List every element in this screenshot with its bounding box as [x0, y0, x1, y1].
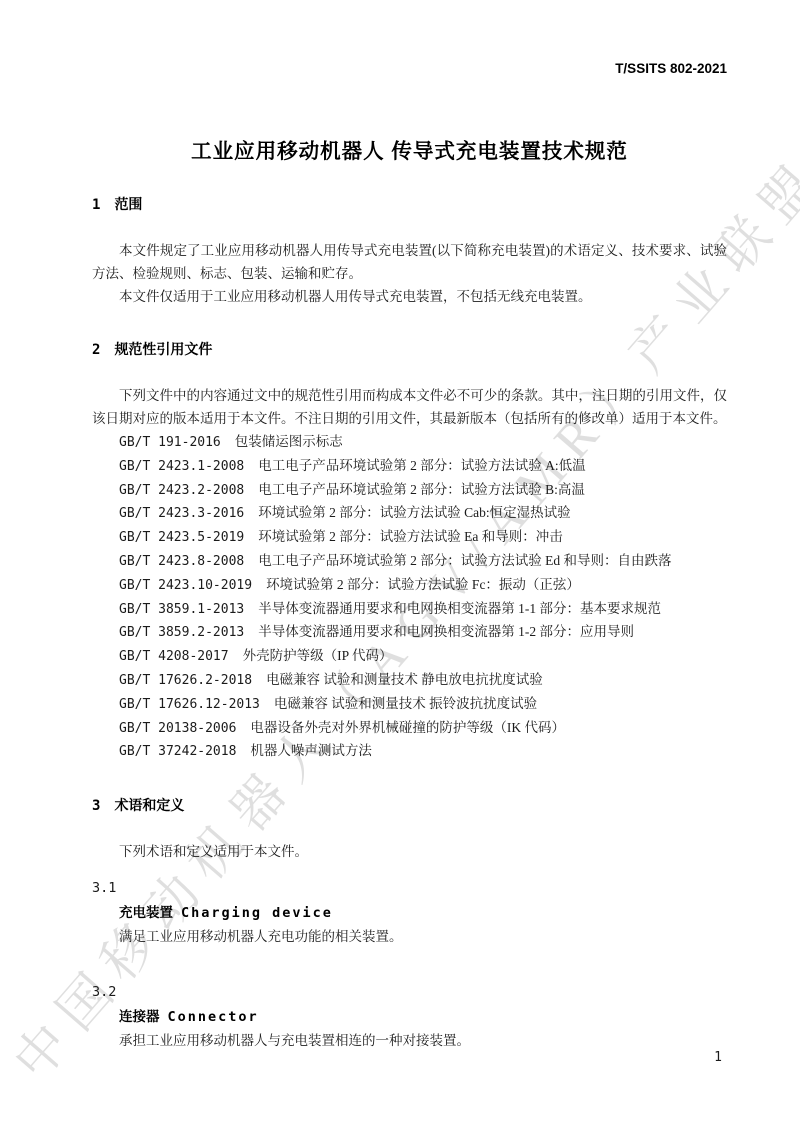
reference-item: GB/T 20138-2006电器设备外壳对外界机械碰撞的防护等级（IK 代码）: [92, 717, 727, 741]
reference-code: GB/T 191-2016: [119, 435, 221, 450]
reference-title: 电磁兼容 试验和测量技术 振铃波抗扰度试验: [274, 696, 537, 711]
reference-title: 机器人噪声测试方法: [250, 743, 372, 758]
reference-title: 半导体变流器通用要求和电网换相变流器第 1-1 部分：基本要求规范: [258, 601, 661, 616]
reference-code: GB/T 17626.2-2018: [119, 673, 252, 688]
reference-title: 环境试验第 2 部分：试验方法试验 Fc：振动（正弦）: [266, 577, 580, 592]
reference-title: 环境试验第 2 部分：试验方法试验 Cab:恒定湿热试验: [258, 505, 570, 520]
reference-item: GB/T 2423.10-2019环境试验第 2 部分：试验方法试验 Fc：振动…: [92, 574, 727, 598]
terms-list: 3.1 充电装置Charging device 满足工业应用移动机器人充电功能的…: [92, 877, 727, 1052]
section-title: 术语和定义: [114, 797, 184, 813]
term-number: 3.2: [92, 981, 727, 1004]
reference-code: GB/T 2423.5-2019: [119, 530, 244, 545]
reference-item: GB/T 3859.2-2013半导体变流器通用要求和电网换相变流器第 1-2 …: [92, 621, 727, 645]
reference-code: GB/T 2423.8-2008: [119, 554, 244, 569]
references-intro: 下列文件中的内容通过文中的规范性引用而构成本文件必不可少的条款。其中，注日期的引…: [92, 384, 727, 430]
reference-title: 电器设备外壳对外界机械碰撞的防护等级（IK 代码）: [250, 720, 565, 735]
reference-title: 电工电子产品环境试验第 2 部分：试验方法试验 A:低温: [258, 458, 585, 473]
reference-code: GB/T 3859.1-2013: [119, 602, 244, 617]
reference-item: GB/T 2423.2-2008电工电子产品环境试验第 2 部分：试验方法试验 …: [92, 479, 727, 503]
term-definition: 承担工业应用移动机器人与充电装置相连的一种对接装置。: [119, 1029, 727, 1052]
term-number: 3.1: [92, 877, 727, 900]
term-name: 连接器Connector: [119, 1005, 727, 1029]
scope-paragraph-2: 本文件仅适用于工业应用移动机器人用传导式充电装置，不包括无线充电装置。: [92, 285, 727, 308]
reference-title: 环境试验第 2 部分：试验方法试验 Ea 和导则：冲击: [258, 529, 563, 544]
scope-paragraph-1: 本文件规定了工业应用移动机器人用传导式充电装置(以下简称充电装置)的术语定义、技…: [92, 239, 727, 285]
section-number: 1: [92, 197, 100, 213]
section-heading-scope: 1范围: [92, 193, 727, 217]
term-name-zh: 连接器: [119, 1009, 160, 1024]
section-number: 2: [92, 342, 100, 358]
reference-code: GB/T 2423.2-2008: [119, 483, 244, 498]
term-name-en: Connector: [168, 1009, 259, 1025]
reference-code: GB/T 17626.12-2013: [119, 697, 260, 712]
terms-intro: 下列术语和定义适用于本文件。: [92, 840, 727, 863]
reference-item: GB/T 2423.8-2008电工电子产品环境试验第 2 部分：试验方法试验 …: [92, 550, 727, 574]
reference-code: GB/T 37242-2018: [119, 744, 236, 759]
reference-code: GB/T 3859.2-2013: [119, 625, 244, 640]
section-title: 规范性引用文件: [114, 341, 212, 357]
reference-code: GB/T 4208-2017: [119, 649, 229, 664]
term-name-en: Charging device: [181, 905, 333, 921]
section-number: 3: [92, 798, 100, 814]
reference-code: GB/T 2423.10-2019: [119, 578, 252, 593]
reference-item: GB/T 3859.1-2013半导体变流器通用要求和电网换相变流器第 1-1 …: [92, 598, 727, 622]
references-list: GB/T 191-2016包装储运图示标志 GB/T 2423.1-2008电工…: [92, 431, 727, 764]
doc-number: T/SSITS 802-2021: [92, 0, 727, 80]
term-block: 3.2 连接器Connector 承担工业应用移动机器人与充电装置相连的一种对接…: [92, 981, 727, 1052]
reference-item: GB/T 4208-2017外壳防护等级（IP 代码）: [92, 645, 727, 669]
reference-title: 电工电子产品环境试验第 2 部分：试验方法试验 B:高温: [258, 482, 585, 497]
section-heading-terms: 3术语和定义: [92, 794, 727, 818]
document-page: { "page": { "doc_number": "T/SSITS 802-2…: [0, 0, 800, 1132]
reference-code: GB/T 2423.3-2016: [119, 506, 244, 521]
page-number: 1: [714, 1050, 722, 1065]
term-name: 充电装置Charging device: [119, 901, 727, 925]
page-content: T/SSITS 802-2021 工业应用移动机器人 传导式充电装置技术规范 1…: [0, 0, 800, 1052]
reference-code: GB/T 2423.1-2008: [119, 459, 244, 474]
term-block: 3.1 充电装置Charging device 满足工业应用移动机器人充电功能的…: [92, 877, 727, 948]
reference-item: GB/T 2423.5-2019环境试验第 2 部分：试验方法试验 Ea 和导则…: [92, 526, 727, 550]
term-name-zh: 充电装置: [119, 905, 173, 920]
reference-title: 电磁兼容 试验和测量技术 静电放电抗扰度试验: [266, 672, 543, 687]
reference-title: 电工电子产品环境试验第 2 部分：试验方法试验 Ed 和导则：自由跌落: [258, 553, 671, 568]
reference-item: GB/T 17626.2-2018电磁兼容 试验和测量技术 静电放电抗扰度试验: [92, 669, 727, 693]
page-title: 工业应用移动机器人 传导式充电装置技术规范: [92, 140, 727, 163]
section-title: 范围: [114, 196, 142, 212]
reference-title: 包装储运图示标志: [235, 434, 343, 449]
reference-item: GB/T 191-2016包装储运图示标志: [92, 431, 727, 455]
reference-item: GB/T 2423.1-2008电工电子产品环境试验第 2 部分：试验方法试验 …: [92, 455, 727, 479]
section-heading-references: 2规范性引用文件: [92, 338, 727, 362]
reference-code: GB/T 20138-2006: [119, 721, 236, 736]
reference-item: GB/T 2423.3-2016环境试验第 2 部分：试验方法试验 Cab:恒定…: [92, 502, 727, 526]
reference-title: 半导体变流器通用要求和电网换相变流器第 1-2 部分：应用导则: [258, 624, 634, 639]
reference-title: 外壳防护等级（IP 代码）: [243, 648, 393, 663]
reference-item: GB/T 17626.12-2013电磁兼容 试验和测量技术 振铃波抗扰度试验: [92, 693, 727, 717]
reference-item: GB/T 37242-2018机器人噪声测试方法: [92, 740, 727, 764]
term-definition: 满足工业应用移动机器人充电功能的相关装置。: [119, 925, 727, 948]
